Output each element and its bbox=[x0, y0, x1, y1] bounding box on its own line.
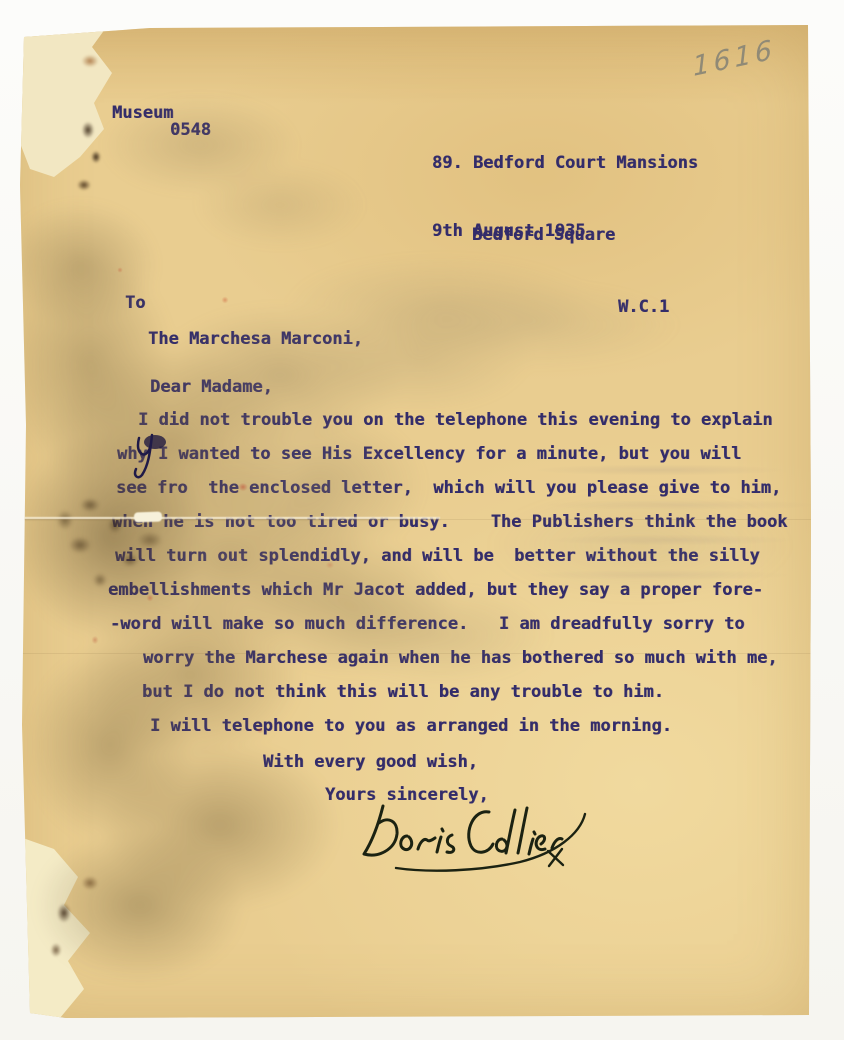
handwritten-archive-number: 1616 bbox=[692, 34, 777, 83]
signature-flourish bbox=[396, 814, 585, 871]
signature-doris-collier bbox=[352, 792, 592, 880]
signature-stroke bbox=[529, 832, 535, 854]
to-label: To bbox=[125, 293, 145, 313]
body-line: but I do not think this will be any trou… bbox=[142, 675, 788, 709]
body-line: see fro the enclosed letter, which will … bbox=[116, 471, 788, 505]
body-line: why I wanted to see His Excellency for a… bbox=[117, 437, 788, 471]
paper-flake-chip bbox=[134, 512, 162, 523]
signature-stroke bbox=[364, 806, 397, 855]
fold-crease-line bbox=[20, 653, 811, 654]
body-line: when he is not too tired or busy. The Pu… bbox=[112, 505, 788, 539]
recipient-name: The Marchesa Marconi, bbox=[148, 329, 363, 349]
signature-flourish-cross bbox=[548, 849, 563, 866]
letter-paper: 1616 Museum 0548 89. Bedford Court Mansi… bbox=[20, 25, 811, 1018]
body-line: embellishments which Mr Jacot added, but… bbox=[108, 573, 788, 607]
salutation: Dear Madame, bbox=[150, 377, 273, 397]
signature-stroke bbox=[418, 838, 435, 849]
signature-stroke bbox=[506, 810, 515, 853]
signature-stroke bbox=[518, 808, 527, 853]
signature-stroke bbox=[469, 812, 493, 853]
signature-stroke bbox=[536, 836, 545, 850]
address-line-1: 89. Bedford Court Mansions bbox=[432, 147, 698, 179]
handwritten-correction-y bbox=[133, 430, 169, 484]
body-line: will turn out splendidly, and will be be… bbox=[115, 539, 788, 573]
ink-blot bbox=[144, 435, 166, 449]
body-line: -word will make so much difference. I am… bbox=[110, 607, 788, 641]
address-line-3: W.C.1 bbox=[618, 291, 698, 323]
body-line: worry the Marchese again when he has bot… bbox=[143, 641, 788, 675]
phone-number: 0548 bbox=[170, 120, 211, 140]
letter-body: I did not trouble you on the telephone t… bbox=[112, 403, 788, 743]
signature-stroke bbox=[447, 835, 454, 852]
scanned-letter: 1616 Museum 0548 89. Bedford Court Mansi… bbox=[0, 0, 844, 1040]
signature-stroke bbox=[437, 829, 443, 852]
body-line: I will telephone to you as arranged in t… bbox=[150, 709, 788, 743]
date-line: 9th August 1935 bbox=[432, 221, 586, 241]
phone-exchange: Museum bbox=[112, 103, 173, 123]
signature-stroke bbox=[401, 836, 412, 850]
closing-wish: With every good wish, bbox=[263, 752, 478, 772]
body-line: I did not trouble you on the telephone t… bbox=[138, 403, 788, 437]
